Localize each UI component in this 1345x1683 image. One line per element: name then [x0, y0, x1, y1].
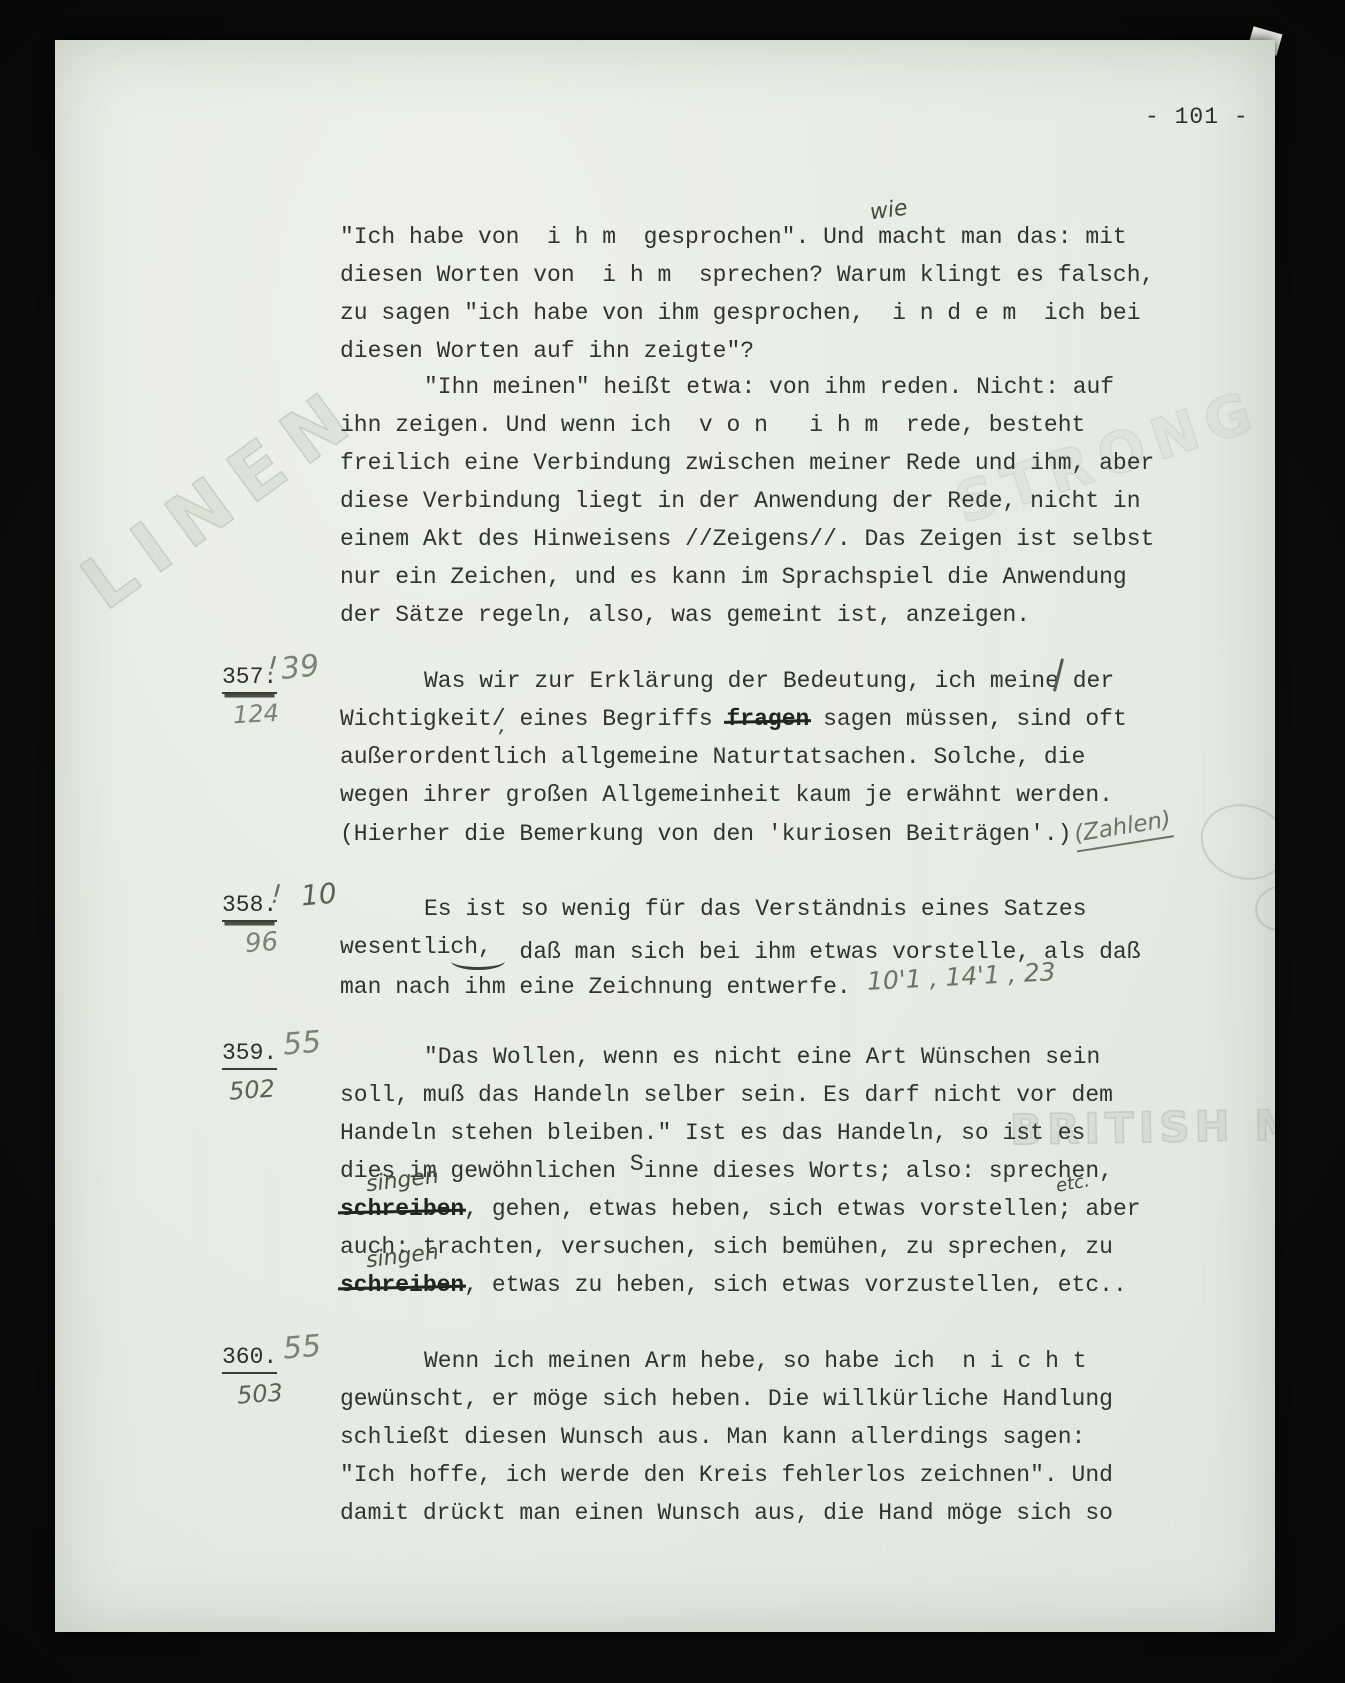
remark-360-line: Wenn ich meinen Arm hebe, so habe ich n … [424, 1346, 1087, 1376]
remark-357-line: Was wir zur Erklärung der Bedeutung, ich… [424, 666, 1114, 696]
typed-text: soll, muß das Handeln selber sein. Es da… [340, 1082, 1113, 1108]
remark-357-line: Wichtigkeit/, eines Begriffs fragen sage… [340, 704, 1127, 734]
typed-text: inne dieses Worts; also: sprechen, [644, 1158, 1113, 1184]
typed-text: , gehen, etwas heben, sich etwas vorstel… [464, 1196, 1071, 1222]
typed-text: schreiben [340, 1272, 464, 1298]
para-intro-2-line: "Ihn meinen" heißt etwa: von ihm reden. … [424, 372, 1114, 402]
para-intro-2-line: der Sätze regeln, also, was gemeint ist,… [340, 600, 1030, 630]
remark-358-line: Es ist so wenig für das Verständnis eine… [424, 894, 1087, 924]
remark-360-line: damit drückt man einen Wunsch aus, die H… [340, 1498, 1113, 1528]
remark-359-line: singenschreiben, etwas zu heben, sich et… [340, 1270, 1127, 1300]
typed-text: nur ein Zeichen, und es kann im Sprachsp… [340, 564, 1127, 590]
typed-text: der Sätze regeln, also, was gemeint ist,… [340, 602, 1030, 628]
pencil-scribble [1191, 793, 1275, 891]
typescript-page: - 101 - LINENSTRONGBRITISH MAKE"Ich habe… [55, 40, 1275, 1632]
remark-359-line: auch: trachten, versuchen, sich bemühen,… [340, 1232, 1113, 1262]
typed-text: man nach ihm eine Zeichnung entwerfe. [340, 974, 865, 1000]
remark-359-line: singenschreiben, gehen, etwas heben, sic… [340, 1194, 1141, 1225]
remark-359-line: soll, muß das Handeln selber sein. Es da… [340, 1080, 1113, 1110]
typed-text: fragen [726, 706, 809, 732]
para-intro-1-line: "Ich habe von i h m gesprochen". Und wie… [340, 222, 1127, 252]
remark-359-line: Handeln stehen bleiben." Ist es das Hand… [340, 1118, 1085, 1148]
typed-text: diesen Worten auf ihn zeigte"? [340, 338, 754, 364]
typed-text: Wenn ich meinen Arm hebe, so habe ich n … [424, 1348, 1087, 1374]
typed-text: "Ihn meinen" heißt etwa: von ihm reden. … [424, 374, 1114, 400]
para-intro-2-line: nur ein Zeichen, und es kann im Sprachsp… [340, 562, 1127, 592]
para-intro-2-line: einem Akt des Hinweisens //Zeigens//. Da… [340, 524, 1154, 554]
remark-360-line: schließt diesen Wunsch aus. Man kann all… [340, 1422, 1085, 1452]
typed-text: Es ist so wenig für das Verständnis eine… [424, 896, 1087, 922]
page-number: - 101 - [1145, 104, 1249, 130]
typed-text: S [630, 1149, 644, 1179]
typed-text: diese Verbindung liegt in der Anwendung … [340, 488, 1141, 514]
para-intro-1-line: diesen Worten auf ihn zeigte"? [340, 336, 754, 366]
remark-360-line: gewünscht, er möge sich heben. Die willk… [340, 1384, 1113, 1414]
remark-number-360: 360. [222, 1344, 277, 1374]
remark-360-line: "Ich hoffe, ich werde den Kreis fehlerlo… [340, 1460, 1113, 1490]
hand-annotation-text: , [499, 711, 506, 741]
typed-text: Was wir zur Erklärung der Bedeutung, ich… [424, 668, 1059, 694]
remark-358-line: man nach ihm eine Zeichnung entwerfe. 10… [340, 970, 865, 1002]
hand-margin-number: 503 [236, 1378, 284, 1409]
scan-background: - 101 - LINENSTRONGBRITISH MAKE"Ich habe… [0, 0, 1345, 1683]
para-intro-2-line: diese Verbindung liegt in der Anwendung … [340, 486, 1141, 516]
hand-annotation-text: etc. [1053, 1166, 1091, 1201]
typed-text: macht man das: mit [878, 224, 1126, 250]
remark-number-358: 358. [222, 892, 277, 922]
typed-text: "Das Wollen, wenn es nicht eine Art Wüns… [424, 1044, 1100, 1070]
typed-text: aber [1072, 1196, 1141, 1222]
watermark-linen: LINEN [66, 368, 376, 625]
para-intro-1-line: diesen Worten von i h m sprechen? Warum … [340, 260, 1154, 290]
typed-text: außerordentlich allgemeine Naturtatsache… [340, 744, 1085, 770]
hand-exclamation-357: ! [266, 652, 279, 683]
remark-number-359: 359. [222, 1040, 277, 1070]
hand-margin-number: 55 [282, 1024, 323, 1062]
hand-annotation-text: (Zahlen) [1072, 805, 1173, 853]
hand-margin-number: 10 [300, 877, 338, 913]
typed-text: "Ich hoffe, ich werde den Kreis fehlerlo… [340, 1462, 1113, 1488]
typed-text: wegen ihrer großen Allgemeinheit kaum je… [340, 782, 1113, 808]
para-intro-1-line: zu sagen "ich habe von ihm gesprochen, i… [340, 298, 1141, 328]
para-intro-2-line: freilich eine Verbindung zwischen meiner… [340, 448, 1154, 478]
typed-text: einem Akt des Hinweisens //Zeigens//. Da… [340, 526, 1154, 552]
hand-margin-number: 55 [282, 1328, 323, 1366]
hand-margin-number: 124 [232, 699, 279, 729]
scanned-document: { "document": { "type": "typewritten man… [0, 0, 1345, 1683]
hand-margin-number: 96 [244, 927, 279, 959]
typed-text: "Ich habe von i h m gesprochen". Und [340, 224, 878, 250]
squiggle-under-wesentlich [451, 952, 505, 970]
typed-text: ihn zeigen. Und wenn ich v o n i h m red… [340, 412, 1085, 438]
typed-text: gewünscht, er möge sich heben. Die willk… [340, 1386, 1113, 1412]
hand-exclamation-358: ! [270, 880, 283, 911]
typed-text: zu sagen "ich habe von ihm gesprochen, i… [340, 300, 1141, 326]
remark-359-line: dies im gewöhnlichen Sinne dieses Worts;… [340, 1156, 1113, 1186]
remark-359-line: "Das Wollen, wenn es nicht eine Art Wüns… [424, 1042, 1100, 1072]
para-intro-2-line: ihn zeigen. Und wenn ich v o n i h m red… [340, 410, 1085, 440]
remark-357-line: (Hierher die Bemerkung von den 'kuriosen… [340, 818, 1072, 851]
pencil-scribble [1251, 880, 1275, 936]
typed-text: der [1059, 668, 1114, 694]
hand-margin-number: 502 [228, 1074, 276, 1105]
typed-text: , etwas zu heben, sich etwas vorzustelle… [464, 1272, 1127, 1298]
typed-text: Handeln stehen bleiben." Ist es das Hand… [340, 1120, 1085, 1146]
typed-text: schließt diesen Wunsch aus. Man kann all… [340, 1424, 1085, 1450]
remark-357-line: wegen ihrer großen Allgemeinheit kaum je… [340, 780, 1113, 810]
typed-text: diesen Worten von i h m sprechen? Warum … [340, 262, 1154, 288]
typed-text: eines Begriffs [506, 706, 727, 732]
typed-text: (Hierher die Bemerkung von den 'kuriosen… [340, 821, 1072, 847]
typed-text: auch: trachten, versuchen, sich bemühen,… [340, 1234, 1113, 1260]
typed-text: Wichtigkeit/ [340, 706, 506, 732]
typed-text: freilich eine Verbindung zwischen meiner… [340, 450, 1154, 476]
remark-357-line: außerordentlich allgemeine Naturtatsache… [340, 742, 1085, 772]
hand-annotation-text: wie [868, 194, 909, 229]
typed-text: sagen müssen, sind oft [809, 706, 1126, 732]
typed-text: damit drückt man einen Wunsch aus, die H… [340, 1500, 1113, 1526]
hand-margin-number: 39 [279, 648, 321, 687]
typed-text: schreiben [340, 1196, 464, 1222]
